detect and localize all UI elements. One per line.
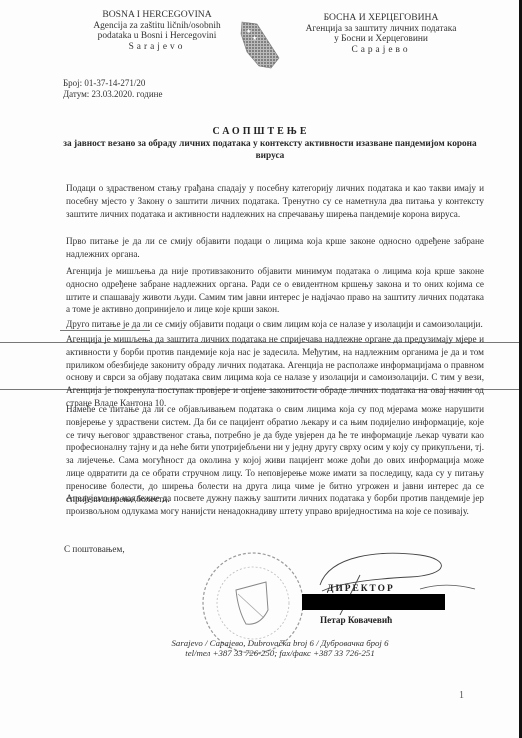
coat-of-arms-icon: ★ ★ <box>237 20 283 70</box>
svg-text:★: ★ <box>252 35 257 42</box>
director-label: ДИРЕКТОР <box>327 584 395 594</box>
agency-cyrillic-line1: Агенција за заштиту личних података <box>296 24 466 35</box>
document-date: Датум: 23.03.2020. године <box>63 89 162 100</box>
footer-address: Sarajevo / Сарајево, Dubrovačka broj 6 /… <box>160 638 400 648</box>
agency-latin-line1: Agencija za zaštitu ličnih/osobnih <box>82 21 232 32</box>
svg-text:★: ★ <box>246 28 251 35</box>
footer: Sarajevo / Сарајево, Dubrovačka broj 6 /… <box>160 638 400 659</box>
paragraph: Намеће се питање да ли се објављивањем п… <box>66 403 484 505</box>
document-title: САОПШТЕЊЕ <box>0 126 522 137</box>
letterhead-cyrillic: БОСНА И ХЕРЦЕГОВИНА Агенција за заштиту … <box>296 13 466 55</box>
page-number: 1 <box>459 690 464 701</box>
city-latin: Sarajevo <box>82 42 232 53</box>
city-cyrillic: Сарајево <box>296 45 466 56</box>
agency-cyrillic-line2: у Босни и Херцеговини <box>296 34 466 45</box>
paragraph: Агенција је мишљења да заштита личних по… <box>66 333 484 410</box>
signoff: С поштовањем, <box>64 544 125 554</box>
paragraph: Агенција је мишљења да није противзакони… <box>66 265 484 316</box>
director-name: Петар Ковачевић <box>320 615 392 625</box>
document-meta: Број: 01-37-14-271/20 Датум: 23.03.2020.… <box>63 78 162 100</box>
paragraph: Подаци о здраственом стању грађана спада… <box>66 182 484 220</box>
country-latin: BOSNA I HERCEGOVINA <box>82 10 232 21</box>
paragraph: Прво питање је да ли се смију објавити п… <box>66 235 484 261</box>
footer-contact: tel/тел +387 33 726-250; fax/факс +387 3… <box>160 648 400 658</box>
redacted-bar <box>302 594 445 610</box>
agency-latin-line2: podataka u Bosni i Hercegovini <box>82 31 232 42</box>
document-subtitle: за јавност везано за обраду личних подат… <box>60 138 480 162</box>
document-number: Број: 01-37-14-271/20 <box>63 78 162 89</box>
country-cyrillic: БОСНА И ХЕРЦЕГОВИНА <box>296 13 466 24</box>
paragraph: Друго питање је да ли се смију објавити … <box>66 318 484 331</box>
paragraph: Апелујемо на надлежне да посвете дужну п… <box>66 492 484 518</box>
letterhead-latin: BOSNA I HERCEGOVINA Agencija za zaštitu … <box>82 10 232 52</box>
